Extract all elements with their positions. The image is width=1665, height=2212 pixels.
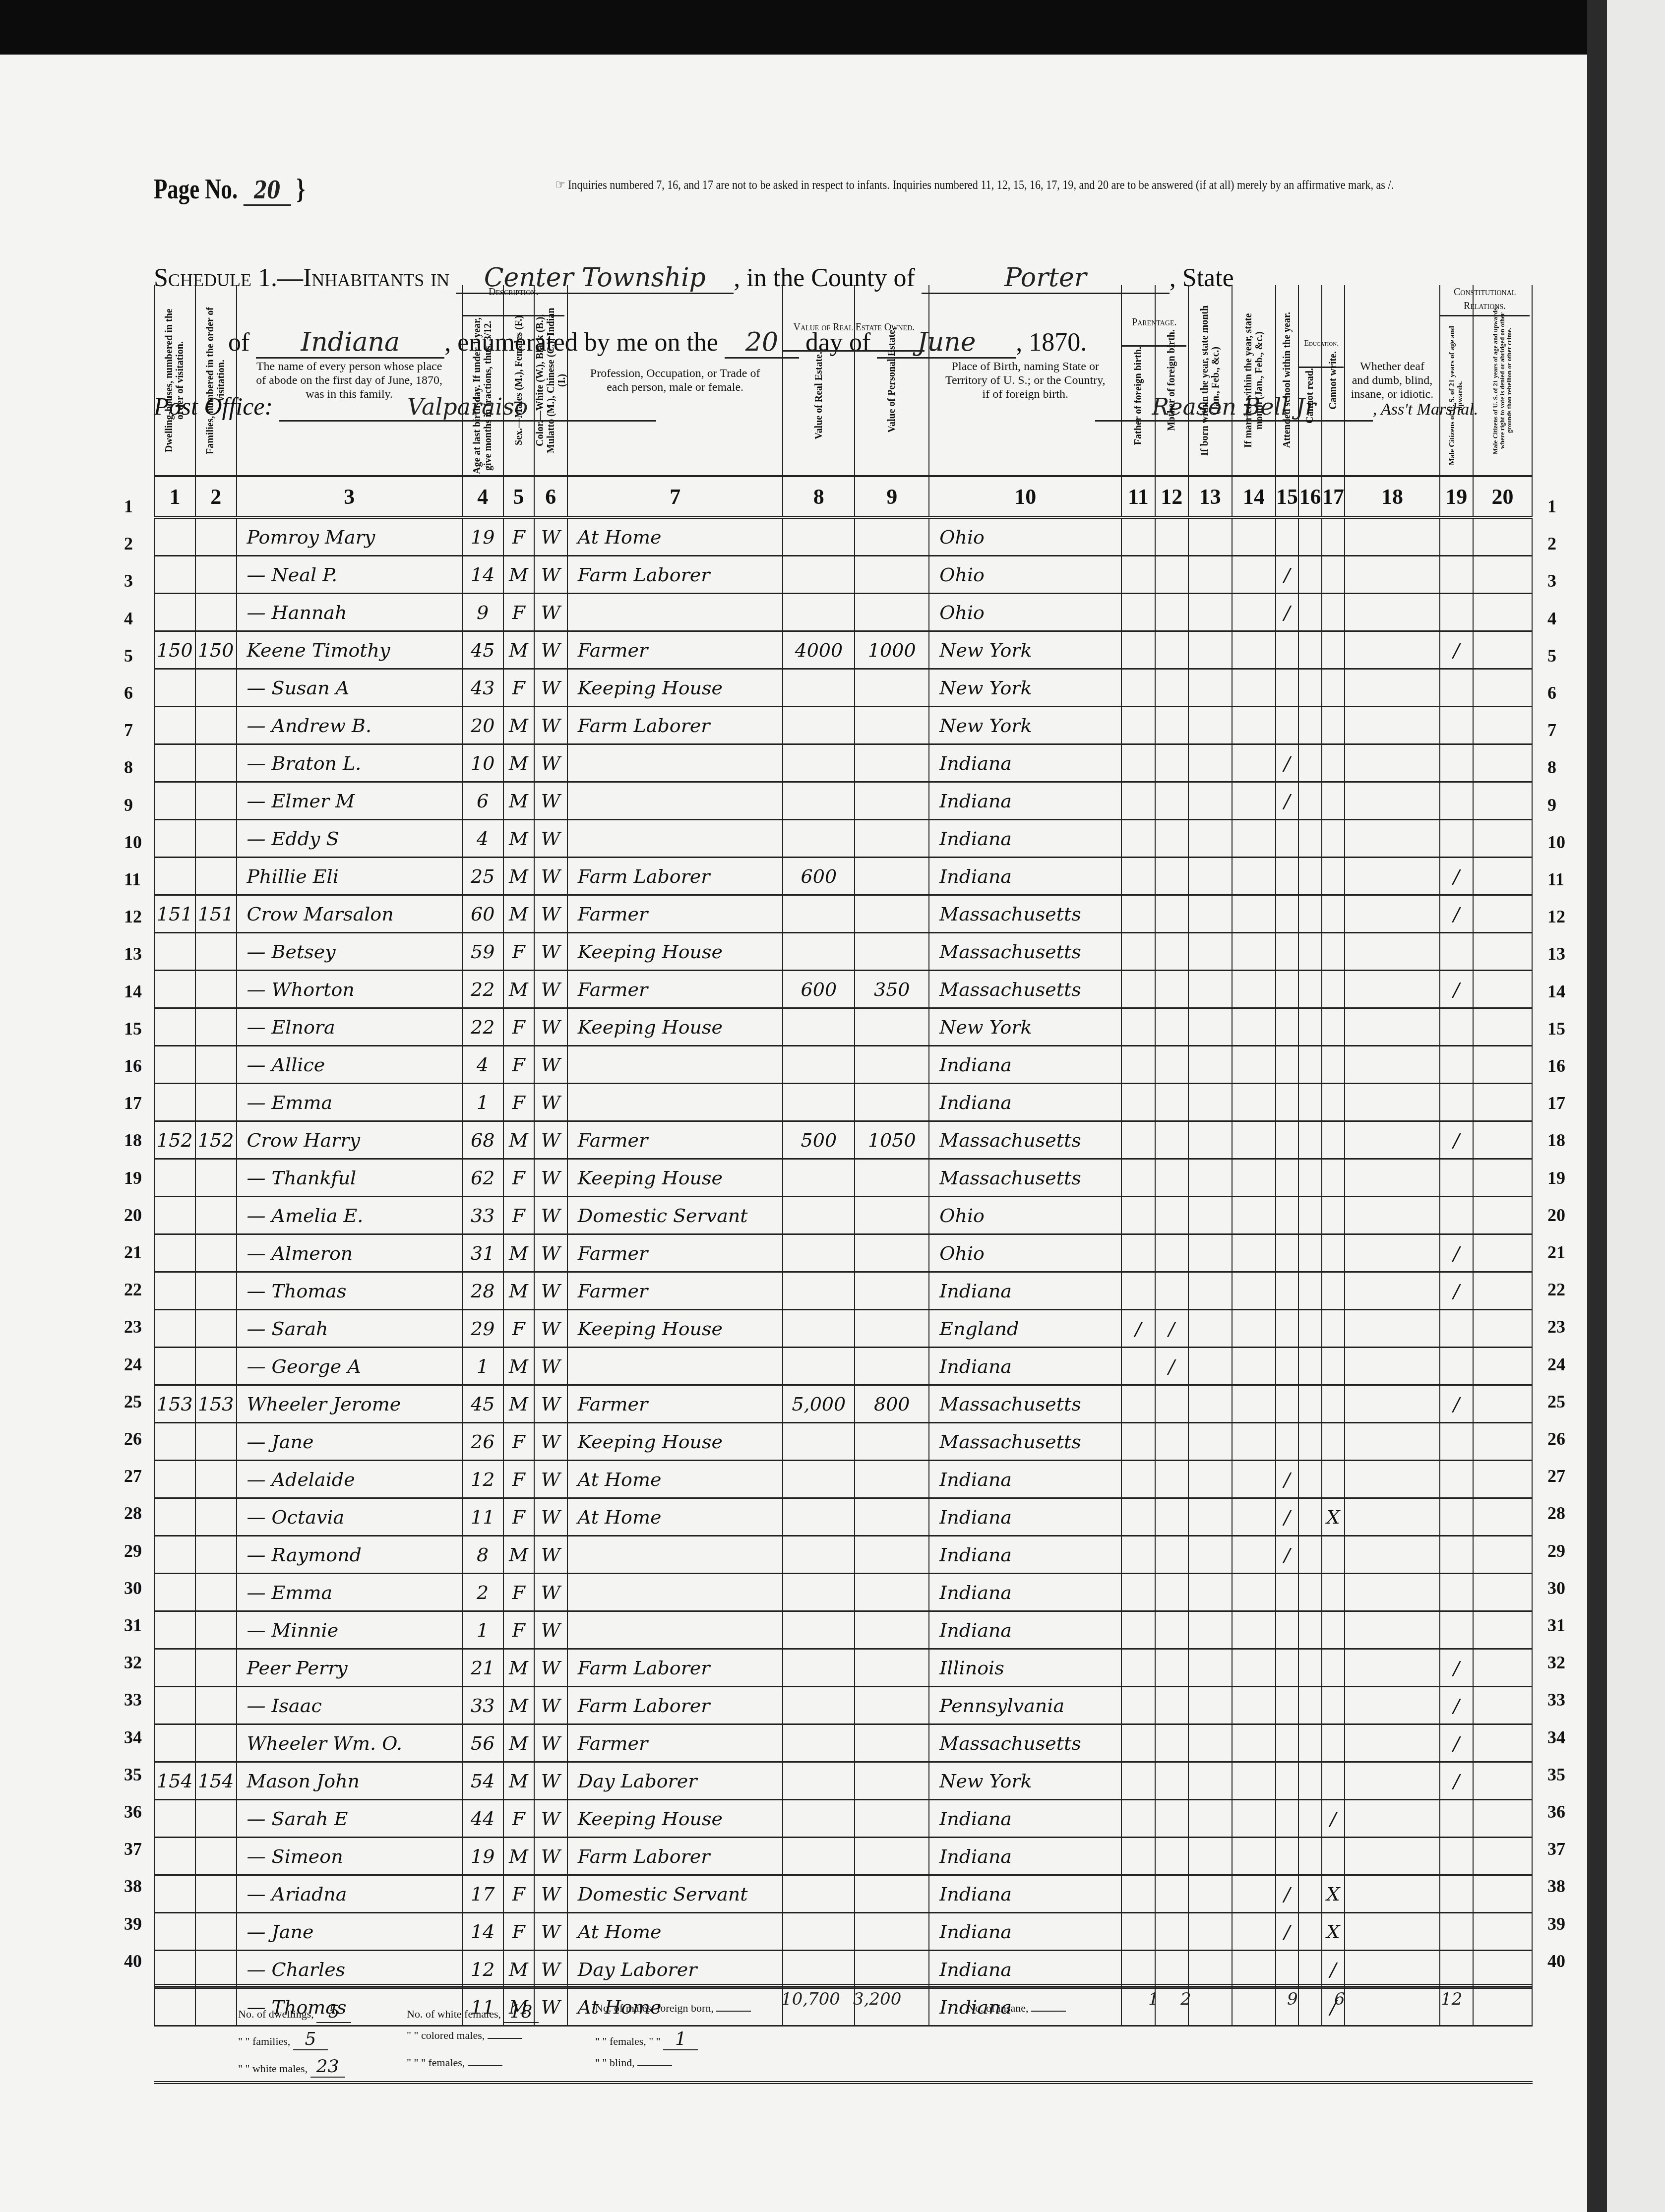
- father-foreign-cell: [1121, 971, 1155, 1008]
- name-cell: — Betsey: [237, 933, 462, 971]
- birthplace-cell: England: [929, 1310, 1121, 1348]
- col-14-header: If married within the year, state month …: [1232, 285, 1276, 476]
- mother-foreign-cell: [1155, 820, 1188, 858]
- vote-denied-cell: [1473, 744, 1532, 782]
- vote-denied-cell: [1473, 1084, 1532, 1121]
- born-month-cell: [1188, 517, 1232, 556]
- married-month-cell: [1232, 1310, 1276, 1348]
- dwelling-cell: [154, 1008, 195, 1046]
- cannot-write-cell: [1322, 1611, 1345, 1649]
- sex-cell: M: [503, 858, 534, 895]
- citizen-cell: [1440, 1875, 1473, 1913]
- birthplace-cell: Indiana: [929, 1913, 1121, 1951]
- dwelling-cell: [154, 517, 195, 556]
- married-month-cell: [1232, 1008, 1276, 1046]
- col-6-header: Color.—White (W.), Black (B.), Mulatto (…: [534, 285, 567, 476]
- personal-estate-cell: [855, 1913, 929, 1951]
- disability-cell: [1345, 1272, 1439, 1310]
- line-number: 26: [1547, 1428, 1565, 1449]
- mother-foreign-cell: [1155, 1574, 1188, 1611]
- disability-cell: [1345, 594, 1439, 631]
- vote-denied-cell: [1473, 1046, 1532, 1084]
- disability-cell: [1345, 1234, 1439, 1272]
- birthplace-cell: Massachusetts: [929, 933, 1121, 971]
- table-row: — Susan A43FWKeeping HouseNew York: [154, 669, 1532, 707]
- cannot-write-cell: /: [1322, 1800, 1345, 1838]
- age-cell: 43: [462, 669, 503, 707]
- line-number: 14: [124, 981, 142, 1002]
- color-cell: W: [534, 1687, 567, 1724]
- born-month-cell: [1188, 1159, 1232, 1197]
- real-estate-cell: [783, 1423, 855, 1461]
- sex-cell: M: [503, 1536, 534, 1574]
- name-cell: — Almeron: [237, 1234, 462, 1272]
- disability-cell: [1345, 1159, 1439, 1197]
- name-cell: — Emma: [237, 1574, 462, 1611]
- mother-foreign-cell: [1155, 1008, 1188, 1046]
- table-row: 152152Crow Harry68MWFarmer5001050Massach…: [154, 1121, 1532, 1159]
- mother-foreign-cell: [1155, 1084, 1188, 1121]
- occupation-cell: [567, 1046, 783, 1084]
- father-foreign-cell: [1121, 1838, 1155, 1875]
- occupation-cell: [567, 1536, 783, 1574]
- citizen-cell: [1440, 1498, 1473, 1536]
- occupation-cell: Farmer: [567, 1121, 783, 1159]
- table-row: — Jane14FWAt HomeIndiana/X: [154, 1913, 1532, 1951]
- cannot-read-cell: [1298, 820, 1322, 858]
- sex-cell: M: [503, 631, 534, 669]
- table-row: Phillie Eli25MWFarm Laborer600Indiana/: [154, 858, 1532, 895]
- cannot-write-cell: [1322, 1649, 1345, 1687]
- real-estate-cell: [783, 895, 855, 933]
- family-cell: [195, 1574, 237, 1611]
- line-number: 12: [124, 906, 142, 927]
- age-cell: 1: [462, 1611, 503, 1649]
- age-cell: 26: [462, 1423, 503, 1461]
- personal-estate-cell: [855, 782, 929, 820]
- color-cell: W: [534, 1197, 567, 1234]
- cannot-write-cell: [1322, 1385, 1345, 1423]
- occupation-cell: Keeping House: [567, 933, 783, 971]
- born-month-cell: [1188, 1913, 1232, 1951]
- father-foreign-cell: [1121, 707, 1155, 744]
- occupation-cell: [567, 594, 783, 631]
- table-row: 153153Wheeler Jerome45MWFarmer5,000800Ma…: [154, 1385, 1532, 1423]
- vote-denied-cell: [1473, 1762, 1532, 1800]
- sex-cell: M: [503, 1687, 534, 1724]
- family-cell: 151: [195, 895, 237, 933]
- line-number: 28: [124, 1503, 142, 1524]
- school-cell: [1276, 933, 1299, 971]
- mother-foreign-cell: /: [1155, 1310, 1188, 1348]
- color-cell: W: [534, 1234, 567, 1272]
- line-number: 17: [124, 1093, 142, 1113]
- citizen-cell: [1440, 1536, 1473, 1574]
- occupation-cell: Domestic Servant: [567, 1197, 783, 1234]
- cannot-write-cell: /: [1322, 1951, 1345, 1988]
- age-cell: 20: [462, 707, 503, 744]
- real-estate-cell: [783, 1234, 855, 1272]
- mother-foreign-cell: [1155, 1159, 1188, 1197]
- birthplace-cell: Massachusetts: [929, 1423, 1121, 1461]
- mother-foreign-cell: [1155, 744, 1188, 782]
- age-cell: 60: [462, 895, 503, 933]
- school-cell: [1276, 1800, 1299, 1838]
- color-cell: W: [534, 744, 567, 782]
- real-estate-cell: [783, 1197, 855, 1234]
- married-month-cell: [1232, 1348, 1276, 1385]
- age-cell: 22: [462, 1008, 503, 1046]
- cannot-read-cell: [1298, 1310, 1322, 1348]
- married-month-cell: [1232, 1046, 1276, 1084]
- married-month-cell: [1232, 1649, 1276, 1687]
- line-number: 3: [1547, 570, 1556, 591]
- cannot-write-cell: [1322, 1348, 1345, 1385]
- dwelling-cell: [154, 1423, 195, 1461]
- line-number: 21: [1547, 1242, 1565, 1263]
- dwelling-cell: [154, 1046, 195, 1084]
- born-month-cell: [1188, 744, 1232, 782]
- married-month-cell: [1232, 556, 1276, 594]
- occupation-cell: At Home: [567, 1498, 783, 1536]
- name-cell: — George A: [237, 1348, 462, 1385]
- citizen-cell: [1440, 782, 1473, 820]
- school-cell: [1276, 1046, 1299, 1084]
- cannot-read-cell: [1298, 1762, 1322, 1800]
- birthplace-cell: Ohio: [929, 1234, 1121, 1272]
- family-cell: [195, 820, 237, 858]
- family-cell: [195, 1838, 237, 1875]
- school-cell: [1276, 1310, 1299, 1348]
- sex-cell: M: [503, 782, 534, 820]
- father-foreign-cell: [1121, 1574, 1155, 1611]
- age-cell: 17: [462, 1875, 503, 1913]
- color-cell: W: [534, 1838, 567, 1875]
- color-cell: W: [534, 1951, 567, 1988]
- cannot-read-cell: [1298, 1008, 1322, 1046]
- col-num: 20: [1473, 476, 1532, 517]
- occupation-cell: Domestic Servant: [567, 1875, 783, 1913]
- sex-cell: M: [503, 1951, 534, 1988]
- dwelling-cell: [154, 933, 195, 971]
- birthplace-cell: Massachusetts: [929, 1385, 1121, 1423]
- disability-cell: [1345, 517, 1439, 556]
- school-cell: [1276, 1008, 1299, 1046]
- father-foreign-cell: [1121, 1536, 1155, 1574]
- occupation-cell: Keeping House: [567, 1008, 783, 1046]
- birthplace-cell: Massachusetts: [929, 971, 1121, 1008]
- name-cell: — Minnie: [237, 1611, 462, 1649]
- father-foreign-cell: [1121, 1951, 1155, 1988]
- mother-foreign-cell: [1155, 1838, 1188, 1875]
- vote-denied-cell: [1473, 1875, 1532, 1913]
- real-estate-cell: [783, 1461, 855, 1498]
- family-cell: [195, 1536, 237, 1574]
- married-month-cell: [1232, 1687, 1276, 1724]
- line-number: 19: [124, 1167, 142, 1188]
- mother-foreign-cell: [1155, 1800, 1188, 1838]
- occupation-cell: Keeping House: [567, 1423, 783, 1461]
- color-cell: W: [534, 1310, 567, 1348]
- age-cell: 29: [462, 1310, 503, 1348]
- name-cell: — Elnora: [237, 1008, 462, 1046]
- table-row: — Charles12MWDay LaborerIndiana/: [154, 1951, 1532, 1988]
- name-cell: — Susan A: [237, 669, 462, 707]
- vote-denied-cell: [1473, 1913, 1532, 1951]
- married-month-cell: [1232, 1159, 1276, 1197]
- color-cell: W: [534, 1084, 567, 1121]
- family-cell: [195, 1687, 237, 1724]
- cannot-write-cell: [1322, 1008, 1345, 1046]
- occupation-cell: Farmer: [567, 971, 783, 1008]
- sex-cell: M: [503, 1762, 534, 1800]
- occupation-cell: At Home: [567, 517, 783, 556]
- line-number: 39: [124, 1913, 142, 1934]
- born-month-cell: [1188, 971, 1232, 1008]
- personal-estate-cell: [855, 1310, 929, 1348]
- father-foreign-cell: [1121, 782, 1155, 820]
- born-month-cell: [1188, 1272, 1232, 1310]
- color-cell: W: [534, 1159, 567, 1197]
- cannot-read-cell: [1298, 1385, 1322, 1423]
- sex-cell: M: [503, 1348, 534, 1385]
- col-9-header: Value of Personal Estate.: [855, 285, 929, 476]
- disability-cell: [1345, 1762, 1439, 1800]
- name-cell: — Braton L.: [237, 744, 462, 782]
- age-cell: 56: [462, 1724, 503, 1762]
- married-month-cell: [1232, 971, 1276, 1008]
- age-cell: 45: [462, 1385, 503, 1423]
- age-cell: 54: [462, 1762, 503, 1800]
- occupation-cell: [567, 1348, 783, 1385]
- married-month-cell: [1232, 1762, 1276, 1800]
- dwelling-cell: [154, 707, 195, 744]
- family-cell: [195, 1875, 237, 1913]
- col-19-header: Constitutional Relations.Male Citizens o…: [1440, 285, 1473, 476]
- name-cell: Wheeler Jerome: [237, 1385, 462, 1423]
- cannot-read-cell: [1298, 1838, 1322, 1875]
- name-cell: — Octavia: [237, 1498, 462, 1536]
- cannot-write-cell: [1322, 858, 1345, 895]
- sex-cell: F: [503, 1875, 534, 1913]
- mother-foreign-cell: [1155, 933, 1188, 971]
- citizen-cell: /: [1440, 1121, 1473, 1159]
- citizen-cell: /: [1440, 1724, 1473, 1762]
- cannot-write-cell: [1322, 594, 1345, 631]
- line-number: 16: [1547, 1055, 1565, 1076]
- citizen-cell: [1440, 1159, 1473, 1197]
- family-cell: [195, 1197, 237, 1234]
- real-estate-cell: [783, 1649, 855, 1687]
- personal-estate-cell: [855, 707, 929, 744]
- married-month-cell: [1232, 820, 1276, 858]
- sex-cell: M: [503, 820, 534, 858]
- color-cell: W: [534, 1574, 567, 1611]
- table-row: — Neal P.14MWFarm LaborerOhio/: [154, 556, 1532, 594]
- born-month-cell: [1188, 1423, 1232, 1461]
- line-number: 30: [124, 1578, 142, 1598]
- sex-cell: F: [503, 1800, 534, 1838]
- col-num: 10: [929, 476, 1121, 517]
- sex-cell: M: [503, 707, 534, 744]
- father-foreign-cell: [1121, 1461, 1155, 1498]
- birthplace-cell: Indiana: [929, 744, 1121, 782]
- born-month-cell: [1188, 1611, 1232, 1649]
- married-month-cell: [1232, 1234, 1276, 1272]
- adjacent-page-edge: [1587, 0, 1665, 2212]
- line-number: 26: [124, 1428, 142, 1449]
- sex-cell: M: [503, 1838, 534, 1875]
- name-cell: — Thankful: [237, 1159, 462, 1197]
- cannot-write-cell: [1322, 1197, 1345, 1234]
- line-number: 33: [124, 1689, 142, 1710]
- cannot-read-cell: [1298, 971, 1322, 1008]
- school-cell: [1276, 820, 1299, 858]
- sex-cell: M: [503, 744, 534, 782]
- line-number: 24: [1547, 1354, 1565, 1375]
- col-1-header: Dwelling-houses, numbered in the order o…: [154, 285, 195, 476]
- real-estate-cell: [783, 933, 855, 971]
- real-estate-cell: [783, 556, 855, 594]
- mother-foreign-cell: [1155, 594, 1188, 631]
- married-month-cell: [1232, 1385, 1276, 1423]
- age-cell: 2: [462, 1574, 503, 1611]
- born-month-cell: [1188, 1385, 1232, 1423]
- real-estate-cell: [783, 1536, 855, 1574]
- col-18-header: Whether deaf and dumb, blind, insane, or…: [1345, 285, 1439, 476]
- disability-cell: [1345, 1046, 1439, 1084]
- vote-denied-cell: [1473, 895, 1532, 933]
- sex-cell: M: [503, 1649, 534, 1687]
- line-number: 7: [124, 720, 133, 740]
- vote-denied-cell: [1473, 1121, 1532, 1159]
- line-number: 13: [1547, 943, 1565, 964]
- real-estate-cell: [783, 1159, 855, 1197]
- sex-cell: F: [503, 1461, 534, 1498]
- personal-estate-cell: [855, 1875, 929, 1913]
- personal-estate-cell: [855, 1234, 929, 1272]
- birthplace-cell: Indiana: [929, 1046, 1121, 1084]
- father-foreign-cell: [1121, 820, 1155, 858]
- father-foreign-cell: [1121, 1272, 1155, 1310]
- instructions-note: ☞ Inquiries numbered 7, 16, and 17 are n…: [427, 176, 1523, 194]
- school-cell: [1276, 707, 1299, 744]
- birthplace-cell: Ohio: [929, 556, 1121, 594]
- school-cell: /: [1276, 1536, 1299, 1574]
- age-cell: 21: [462, 1649, 503, 1687]
- birthplace-cell: Massachusetts: [929, 1724, 1121, 1762]
- born-month-cell: [1188, 1197, 1232, 1234]
- dwelling-cell: 150: [154, 631, 195, 669]
- married-month-cell: [1232, 1724, 1276, 1762]
- vote-denied-cell: [1473, 1008, 1532, 1046]
- cannot-read-cell: [1298, 1046, 1322, 1084]
- col-num: 18: [1345, 476, 1439, 517]
- line-number: 31: [1547, 1615, 1565, 1636]
- personal-estate-cell: 1050: [855, 1121, 929, 1159]
- father-foreign-cell: [1121, 594, 1155, 631]
- color-cell: W: [534, 1649, 567, 1687]
- married-month-cell: [1232, 1800, 1276, 1838]
- mother-foreign-cell: [1155, 669, 1188, 707]
- page-summary: No. of dwellings, 5 No. of white females…: [154, 1984, 1533, 2084]
- line-number: 23: [124, 1316, 142, 1337]
- name-cell: — Allice: [237, 1046, 462, 1084]
- col-7-header: Profession, Occupation, or Trade of each…: [567, 285, 783, 476]
- birthplace-cell: Illinois: [929, 1649, 1121, 1687]
- personal-estate-cell: [855, 1046, 929, 1084]
- age-cell: 62: [462, 1159, 503, 1197]
- age-cell: 12: [462, 1461, 503, 1498]
- family-cell: [195, 1951, 237, 1988]
- family-cell: 153: [195, 1385, 237, 1423]
- sex-cell: F: [503, 1084, 534, 1121]
- school-cell: /: [1276, 1461, 1299, 1498]
- birthplace-cell: Indiana: [929, 1611, 1121, 1649]
- father-foreign-cell: [1121, 933, 1155, 971]
- personal-estate-cell: [855, 1687, 929, 1724]
- mother-foreign-cell: [1155, 971, 1188, 1008]
- cannot-read-cell: [1298, 707, 1322, 744]
- cannot-read-cell: [1298, 1875, 1322, 1913]
- color-cell: W: [534, 820, 567, 858]
- line-number: 15: [1547, 1018, 1565, 1039]
- personal-estate-cell: [855, 556, 929, 594]
- col-15-header: Attended school within the year.: [1276, 285, 1299, 476]
- citizen-cell: /: [1440, 1649, 1473, 1687]
- school-cell: [1276, 1159, 1299, 1197]
- line-number: 8: [1547, 757, 1556, 778]
- real-estate-cell: 5,000: [783, 1385, 855, 1423]
- total-citizens: 12: [1441, 1989, 1462, 2009]
- occupation-cell: Farm Laborer: [567, 858, 783, 895]
- color-cell: W: [534, 1913, 567, 1951]
- cannot-write-cell: [1322, 1234, 1345, 1272]
- disability-cell: [1345, 1197, 1439, 1234]
- total-real-estate: 10,700: [781, 1989, 840, 2009]
- vote-denied-cell: [1473, 1800, 1532, 1838]
- table-row: Wheeler Wm. O.56MWFarmerMassachusetts/: [154, 1724, 1532, 1762]
- summary-insane: No. of insane,: [967, 2002, 1066, 2015]
- color-cell: W: [534, 1385, 567, 1423]
- real-estate-cell: 600: [783, 971, 855, 1008]
- age-cell: 12: [462, 1951, 503, 1988]
- birthplace-cell: Indiana: [929, 858, 1121, 895]
- name-cell: — Andrew B.: [237, 707, 462, 744]
- age-cell: 33: [462, 1687, 503, 1724]
- citizen-cell: [1440, 669, 1473, 707]
- vote-denied-cell: [1473, 782, 1532, 820]
- born-month-cell: [1188, 782, 1232, 820]
- name-cell: Crow Marsalon: [237, 895, 462, 933]
- family-cell: [195, 1724, 237, 1762]
- color-cell: W: [534, 1272, 567, 1310]
- cannot-read-cell: [1298, 1461, 1322, 1498]
- line-number: 4: [1547, 608, 1556, 629]
- sex-cell: M: [503, 1385, 534, 1423]
- born-month-cell: [1188, 1574, 1232, 1611]
- personal-estate-cell: [855, 594, 929, 631]
- line-number: 7: [1547, 720, 1556, 740]
- color-cell: W: [534, 1724, 567, 1762]
- page-number-value: 20: [243, 177, 291, 206]
- father-foreign-cell: [1121, 858, 1155, 895]
- cannot-read-cell: [1298, 1536, 1322, 1574]
- cannot-write-cell: [1322, 1574, 1345, 1611]
- col-num: 14: [1232, 476, 1276, 517]
- born-month-cell: [1188, 858, 1232, 895]
- table-row: — Elnora22FWKeeping HouseNew York: [154, 1008, 1532, 1046]
